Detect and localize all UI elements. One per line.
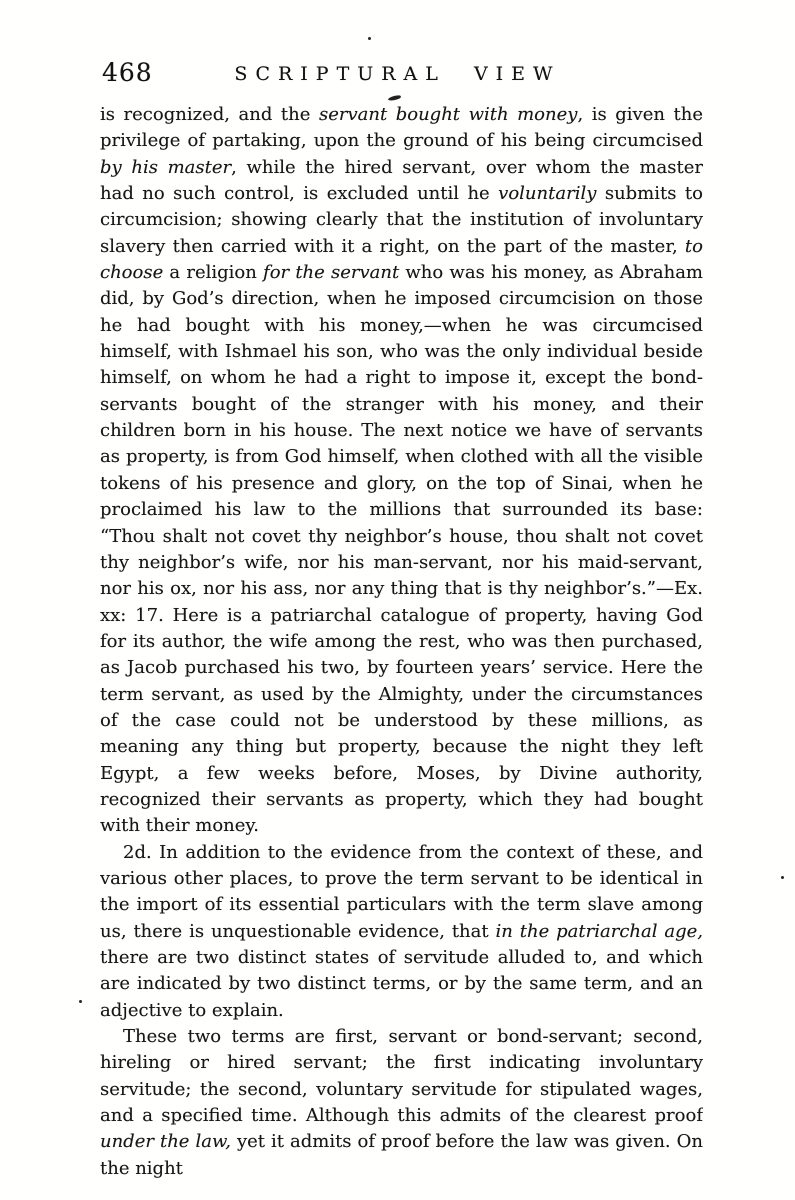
ink-speck <box>368 37 371 40</box>
running-title: SCRIPTURAL VIEW <box>0 63 795 85</box>
paragraph: These two terms are first, servant or bo… <box>100 1024 703 1182</box>
text-segment: who was his money, as Abraham did, by Go… <box>100 262 703 836</box>
italic-text-segment: servant bought with money <box>319 104 578 125</box>
italic-text-segment: voluntarily <box>498 183 596 204</box>
italic-text-segment: by his master <box>100 157 231 178</box>
ink-speck <box>781 876 784 879</box>
italic-text-segment: in the patriarchal age, <box>496 921 703 942</box>
page-body: is recognized, and the servant bought wi… <box>100 102 703 1192</box>
paragraph: is recognized, and the servant bought wi… <box>100 102 703 840</box>
italic-text-segment: for the servant <box>263 262 399 283</box>
text-segment: is recognized, and the <box>100 104 319 125</box>
text-segment: These two terms are first, servant or bo… <box>100 1026 703 1126</box>
ink-speck <box>79 1000 82 1003</box>
text-segment: there are two distinct states of servitu… <box>100 947 703 1021</box>
text-segment: a religion <box>163 262 263 283</box>
book-page: 468 SCRIPTURAL VIEW is recognized, and t… <box>0 0 795 1200</box>
ink-smudge <box>388 95 402 102</box>
paragraph: 2d. In addition to the evidence from the… <box>100 840 703 1024</box>
italic-text-segment: under the law, <box>100 1131 231 1152</box>
